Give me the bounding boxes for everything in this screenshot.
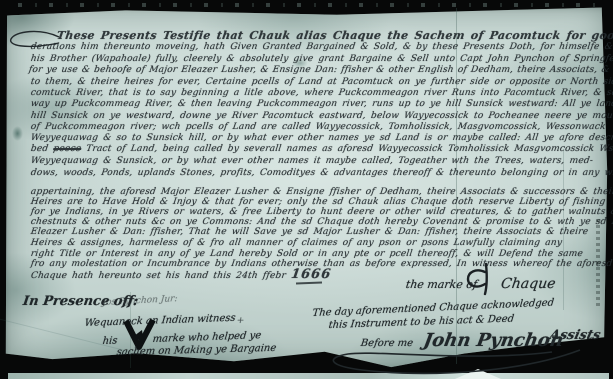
ink-blotch — [12, 126, 23, 141]
deed-line: derations him thereunto moveing, hath Gi… — [30, 43, 613, 53]
deed-line: to them, & theire heires for ever, Certa… — [30, 78, 613, 88]
deed-line: bed peece Tract of Land, being called by… — [30, 145, 613, 155]
signature-title: Assists — [548, 328, 602, 343]
edge-stamp-mark — [596, 218, 600, 306]
deed-year: 1666 — [290, 267, 332, 282]
deed-line: his Brother (Wapahoale) fully, cleerely … — [30, 55, 613, 65]
film-edge-marks — [18, 3, 595, 7]
deed-line: of Puckcommeagon river; wch pcells of La… — [30, 123, 606, 133]
deed-line: comtuck River, that is to say beginning … — [30, 89, 613, 99]
deed-line-segment: Chaque hath hereunto set his hand this 2… — [30, 271, 286, 281]
deed-line: Weyyequawag & Sunsick, or by what ever o… — [30, 157, 594, 167]
marke-signer-name: Chaque — [500, 276, 557, 292]
deed-line-segment: bed — [30, 144, 54, 154]
witness-cross-mark: + — [236, 316, 245, 326]
deed-line: way up Puckcommeag River, & then leaving… — [30, 100, 613, 110]
deed-line-segment: Tract of Land, being called by severall … — [80, 144, 613, 154]
deed-line: These Presents Testifie that Chauk alias… — [56, 30, 613, 42]
chaque-mark — [466, 262, 494, 296]
deed-line: Weyyequawag & so to Sunsick hill, or by … — [30, 134, 613, 144]
deed-line: Eleazer Lusher & Dan: ffisher, That he w… — [30, 228, 589, 238]
photograph-stage: These Presents Testifie that Chauk alias… — [0, 0, 613, 379]
deed-line: hill Sunsick on ye westward, downe ye Ri… — [30, 112, 613, 122]
deed-line: Chaque hath hereunto set his hand this 2… — [30, 268, 332, 282]
struck-out-word: peece — [53, 144, 82, 154]
signature-flourish — [322, 346, 584, 376]
witness-his-label: his — [102, 335, 118, 347]
deed-line: Heires & assignes, harmeless of & fro al… — [30, 239, 563, 249]
deed-line: for ye use & behoofe of Major Eleazer Lu… — [28, 66, 613, 76]
deed-line: dows, woods, Ponds, uplands Stones, prof… — [30, 169, 613, 179]
